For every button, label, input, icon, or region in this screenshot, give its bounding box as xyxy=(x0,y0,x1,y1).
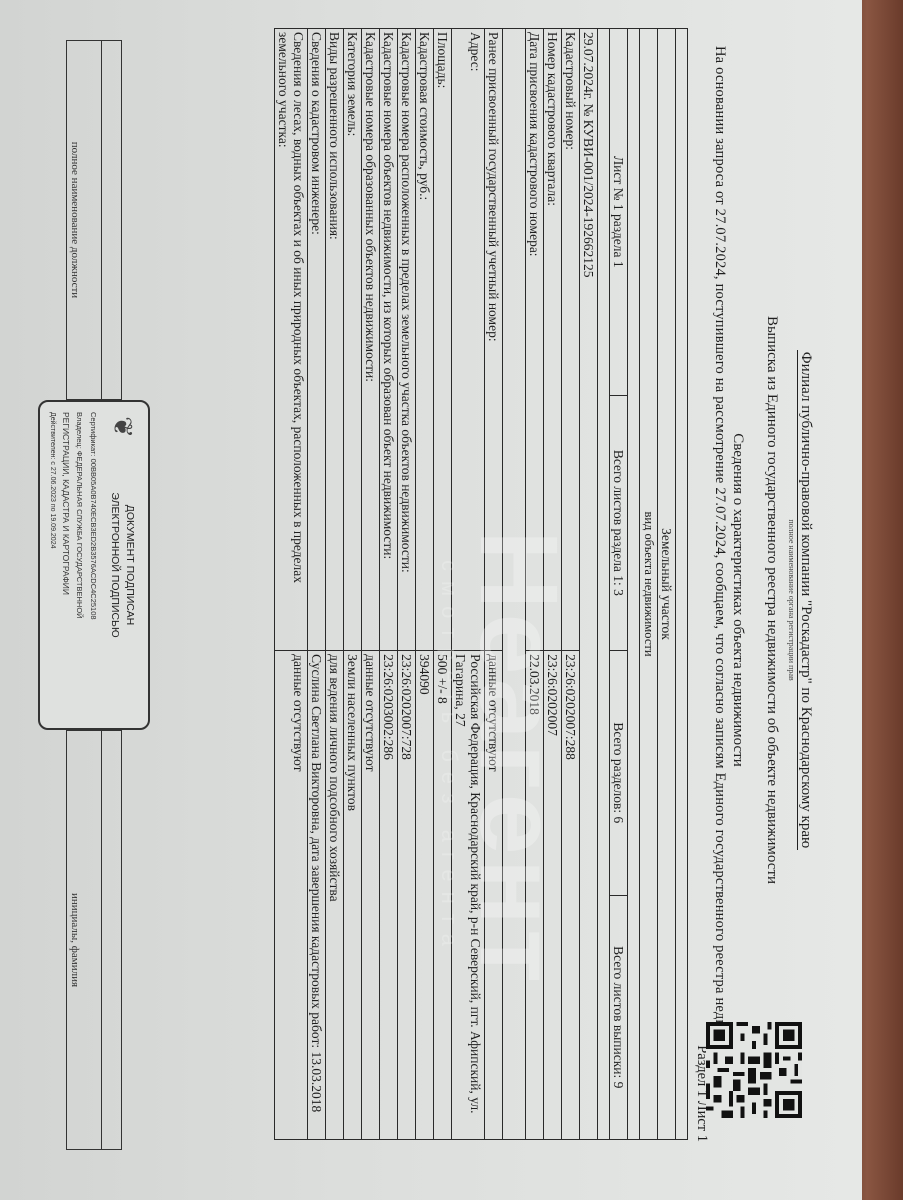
object-type-caption-row: вид объекта недвижимости xyxy=(640,29,658,1140)
row-value: данные отсутствуют xyxy=(362,651,380,1140)
row-label: Виды разрешенного использования: xyxy=(326,29,344,651)
row-label: Кадастровые номера образованных объектов… xyxy=(362,29,380,651)
row-value: Земли населенных пунктов xyxy=(344,651,362,1140)
row-value: данные отсутствуют xyxy=(275,651,308,1140)
stamp-owner: Владелец: ФЕДЕРАЛЬНАЯ СЛУЖБА ГОСУДАРСТВЕ… xyxy=(75,412,84,720)
table-spacer-row xyxy=(598,29,610,1140)
table-row: Кадастровые номера образованных объектов… xyxy=(362,29,380,1140)
sheets-in-section: Всего листов раздела 1: 3 xyxy=(610,395,628,651)
electronic-signature-stamp: ❦ ДОКУМЕНТ ПОДПИСАН ЭЛЕКТРОННОЙ ПОДПИСЬЮ… xyxy=(38,400,150,730)
table-row: Кадастровые номера объектов недвижимости… xyxy=(380,29,398,1140)
basis-text: На основании запроса от 27.07.2024, пост… xyxy=(711,46,728,1146)
stamp-validity: Действителен: с 27.06.2023 по 19.09.2024 xyxy=(49,412,56,720)
table-row: Кадастровая стоимость, руб.: 394090 xyxy=(416,29,434,1140)
table-row: Сведения о кадастровом инженере: Суслина… xyxy=(308,29,326,1140)
object-type-value: Земельный участок xyxy=(658,29,676,1140)
row-label: Кадастровые номера объектов недвижимости… xyxy=(380,29,398,651)
row-label: Кадастровые номера расположенных в преде… xyxy=(398,29,416,651)
document-sheet: Филиал публично-правовой компании "Роска… xyxy=(0,0,862,1200)
name-caption: инициалы, фамилия xyxy=(69,731,81,1149)
sheets-total: Всего листов выписки: 9 xyxy=(610,895,628,1139)
row-label: Кадастровая стоимость, руб.: xyxy=(416,29,434,651)
row-value: 394090 xyxy=(416,651,434,1140)
watermark: Неагент xyxy=(455,530,582,987)
object-type-row: Земельный участок xyxy=(658,29,676,1140)
row-value: Суслина Светлана Викторовна, дата заверш… xyxy=(308,651,326,1140)
organization-caption: полное наименование органа регистрации п… xyxy=(787,0,796,1200)
row-label: Категория земель: xyxy=(344,29,362,651)
row-value: для ведения личного подсобного хозяйства xyxy=(326,651,344,1140)
table-spacer-row xyxy=(628,29,640,1140)
qr-code-icon xyxy=(706,1022,802,1118)
sheet-info-row: Лист № 1 раздела 1 Всего листов раздела … xyxy=(610,29,628,1140)
table-spacer-row xyxy=(676,29,688,1140)
table-row: Виды разрешенного использования: для вед… xyxy=(326,29,344,1140)
name-field: инициалы, фамилия xyxy=(66,730,122,1150)
row-label: Сведения о лесах, водных объектах и об и… xyxy=(275,29,308,651)
object-type-caption: вид объекта недвижимости xyxy=(640,29,658,1140)
organization-name: Филиал публично-правовой компании "Роска… xyxy=(797,0,814,1200)
stamp-title-line1: ДОКУМЕНТ ПОДПИСАН xyxy=(124,402,136,728)
table-row: Кадастровые номера расположенных в преде… xyxy=(398,29,416,1140)
row-label: Сведения о кадастровом инженере: xyxy=(308,29,326,651)
stamp-certificate: Сертификат: 00BB05A0B740ECB3ED2B3576ACDC… xyxy=(89,412,98,720)
stamp-owner-cont: РЕГИСТРАЦИИ, КАДАСТРА И КАРТОГРАФИИ xyxy=(61,412,71,720)
sections-total: Всего разделов: 6 xyxy=(610,651,628,895)
section-title: Сведения о характеристиках объекта недви… xyxy=(729,0,746,1200)
extract-number-row: 29.07.2024г. № КУВИ-001/2024-192662125 xyxy=(580,29,598,1140)
sheet-number: Лист № 1 раздела 1 xyxy=(610,29,628,396)
extract-title: Выписка из Единого государственного реес… xyxy=(763,0,780,1200)
stamp-title-line2: ЭЛЕКТРОННОЙ ПОДПИСЬЮ xyxy=(109,402,121,728)
row-value: 23:26:0203002:286 xyxy=(380,651,398,1140)
table-row: Категория земель: Земли населенных пункт… xyxy=(344,29,362,1140)
watermark-subtext: смотреть без агента xyxy=(436,560,462,956)
position-caption: полное наименование должности xyxy=(69,41,81,399)
table-row: Сведения о лесах, водных объектах и об и… xyxy=(275,29,308,1140)
row-value: 23:26:0202007:728 xyxy=(398,651,416,1140)
row-label: Площадь: xyxy=(434,29,452,651)
position-field: полное наименование должности xyxy=(66,40,122,400)
extract-number: 29.07.2024г. № КУВИ-001/2024-192662125 xyxy=(580,29,598,1140)
